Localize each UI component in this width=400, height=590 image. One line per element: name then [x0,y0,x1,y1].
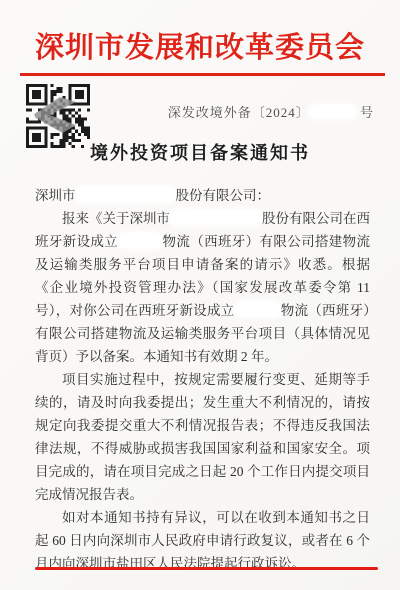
agency-name: 深圳市发展和改革委员会 [0,31,400,65]
addressee-prefix: 深圳市 [35,188,76,203]
header-divider-line [20,73,385,76]
redaction-box-doc-number [310,105,356,118]
document-page: 深圳市发展和改革委员会 深发改境外备〔2024〕 号 境外投资项目备案通知书 深… [0,0,400,590]
paragraph-obligations: 项目实施过程中，按规定需要履行变更、延期等手续的，请及时向我委提出；发生重大不利… [35,368,370,506]
document-number: 深发改境外备〔2024〕 号 [0,102,374,121]
redaction-box-company-3 [235,302,281,317]
document-body: 深圳市股份有限公司： 报来《关于深圳市股份有限公司在西班牙新设成立物流（西班牙）… [35,184,370,575]
document-title: 境外投资项目备案通知书 [0,139,400,165]
document-number-suffix: 号 [360,105,374,120]
redaction-box-company-2 [118,233,162,248]
paragraph-filing: 报来《关于深圳市股份有限公司在西班牙新设成立物流（西班牙）有限公司搭建物流及运输… [35,207,370,368]
redaction-box-company-1 [170,210,262,225]
redaction-box-addressee [76,187,176,202]
paragraph-appeal: 如对本通知书持有异议，可以在收到本通知书之日起 60 日内向深圳市人民政府申请行… [35,506,370,575]
addressee-line: 深圳市股份有限公司： [35,184,370,207]
document-number-prefix: 深发改境外备〔2024〕 [168,105,310,120]
footer-divider-line [35,567,378,570]
addressee-suffix: 股份有限公司： [176,188,271,203]
p1-segment-1: 报来《关于深圳市 [62,211,170,226]
